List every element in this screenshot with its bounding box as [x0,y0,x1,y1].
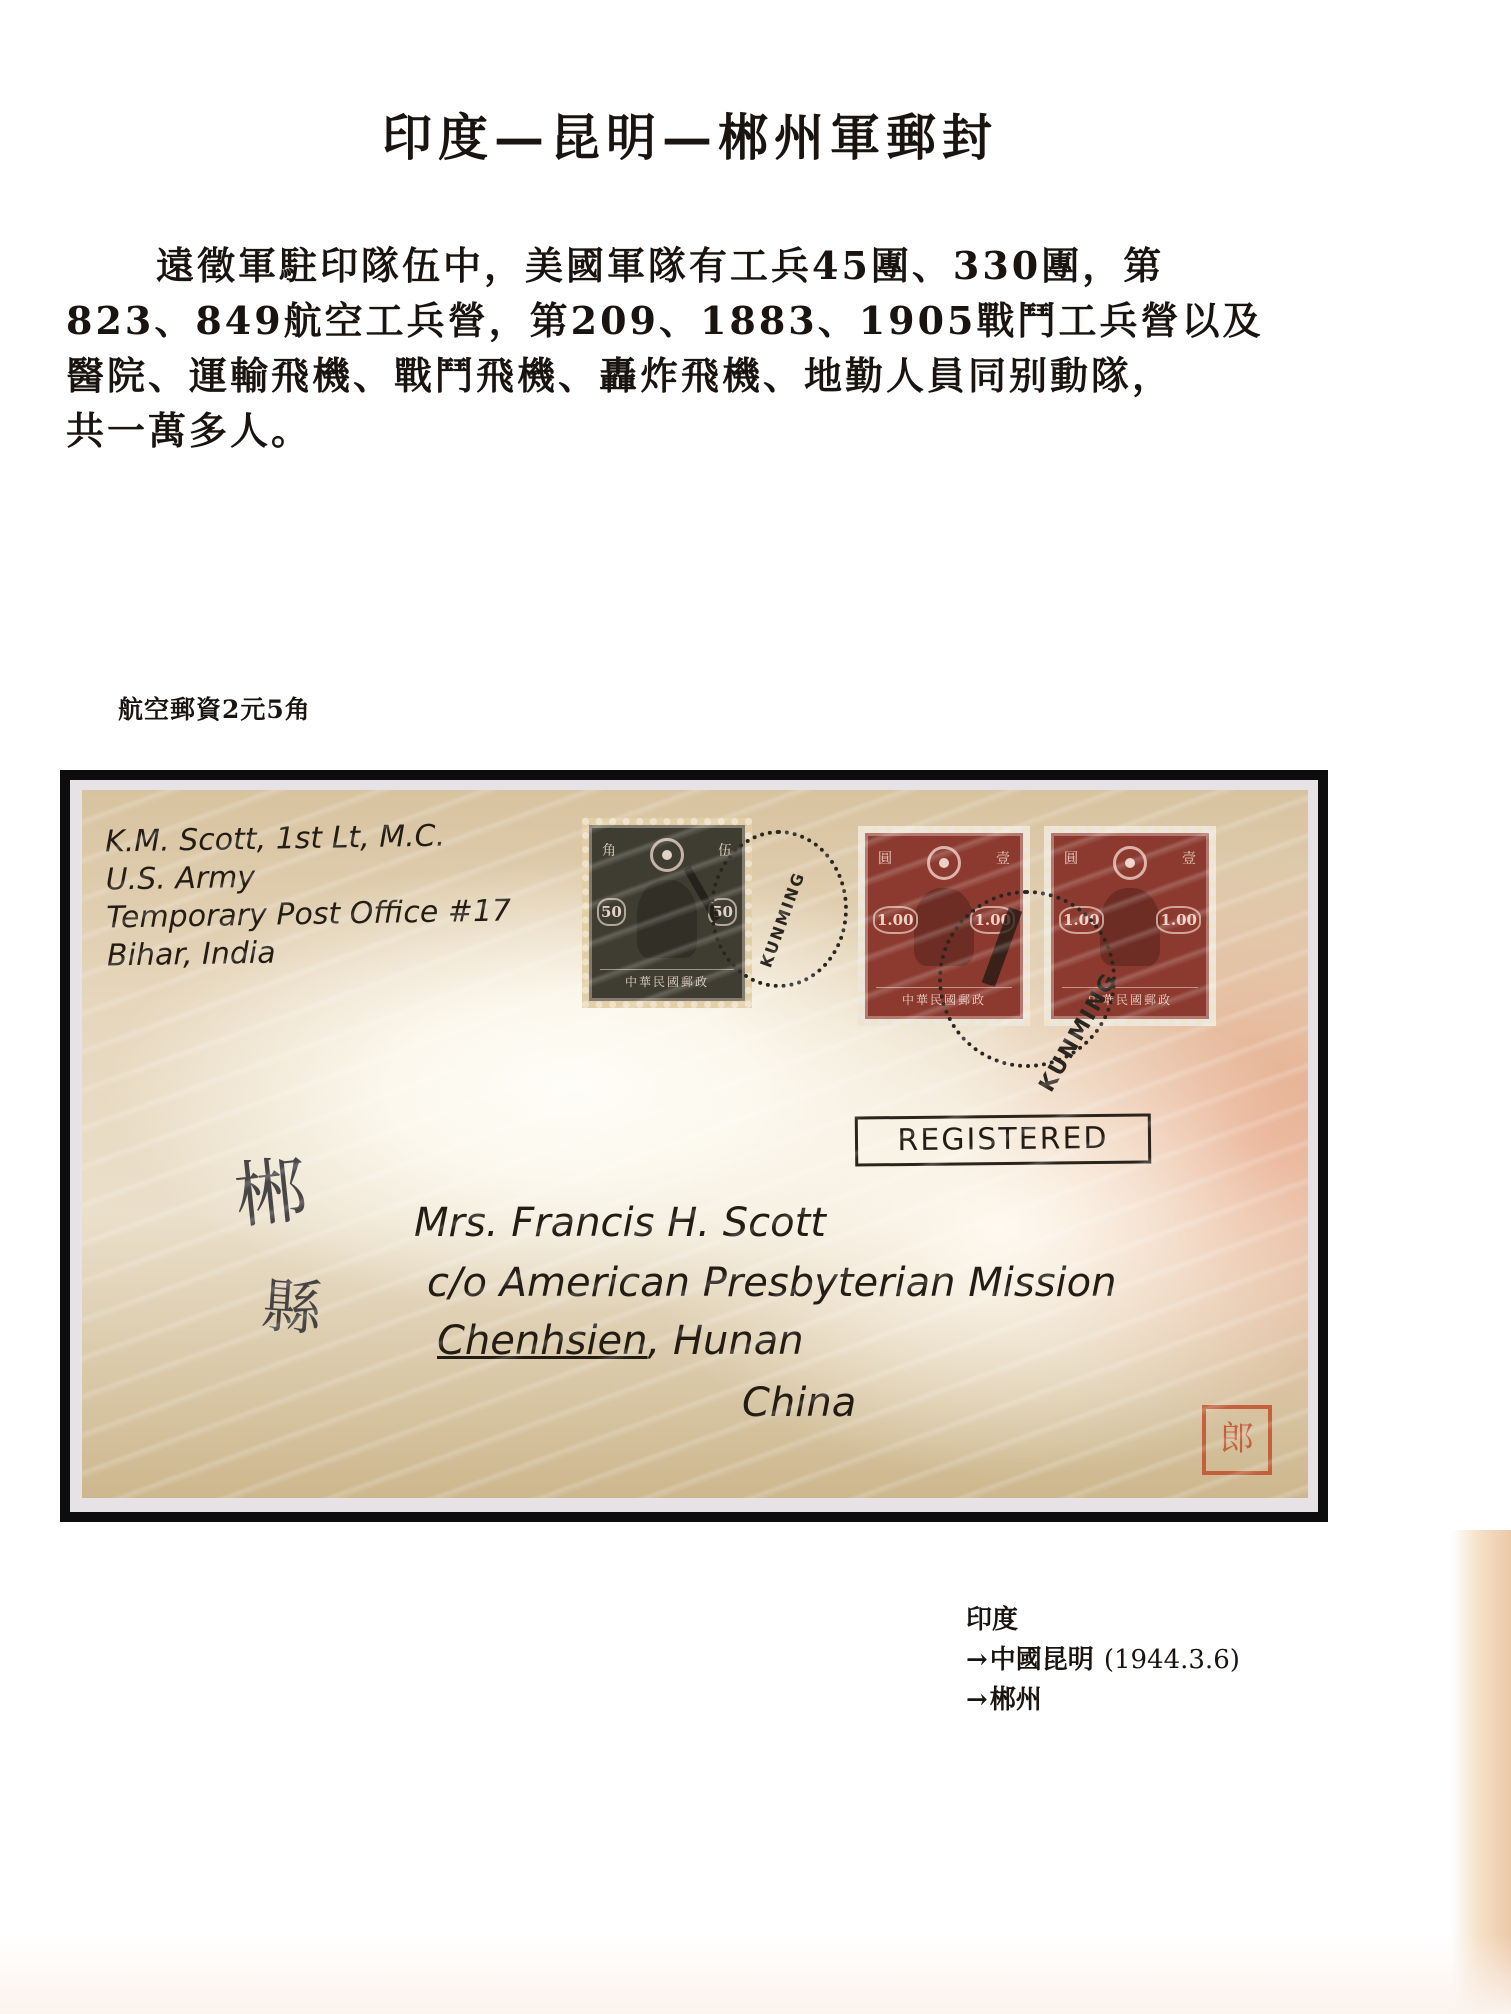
sender-line: Temporary Post Office #17 [106,892,511,937]
arrow-right-icon: → [966,1645,988,1675]
stamp-corner-text: 角 [602,840,616,860]
stamp-corner-text: 圓 [1064,848,1078,868]
route-destination: →郴州 [966,1680,1240,1720]
route-stop-name: 中國昆明 [990,1645,1094,1675]
stamp-inscription: 中華民國郵政 [600,969,734,990]
stamp-value: 1.00 [873,906,918,934]
red-seal-chop-icon: 郎 [1202,1405,1272,1475]
sun-emblem-icon [1113,846,1147,880]
envelope-cover: K.M. Scott, 1st Lt, M.C. U.S. Army Tempo… [82,790,1308,1498]
protective-sleeve: K.M. Scott, 1st Lt, M.C. U.S. Army Tempo… [70,780,1318,1512]
stamp-corner-text: 壹 [996,848,1010,868]
recipient-city: Chenhsien [437,1318,648,1364]
portrait-icon [637,880,697,958]
route-origin: 印度 [966,1600,1240,1640]
route-stop: →中國昆明(1944.3.6) [966,1640,1240,1680]
intro-line: 醫院、運輸飛機、戰鬥飛機、轟炸飛機、地勤人員同别動隊， [66,348,1266,403]
stamp-value: 50 [597,898,626,926]
intro-line: 823、849航空工兵營，第209、1883、1905戰鬥工兵營以及 [66,293,1266,348]
route-stop-date: (1944.3.6) [1104,1645,1240,1675]
registered-box: REGISTERED [855,1113,1152,1166]
destination-chinese-char: 縣 [259,1258,325,1348]
arrow-right-icon: → [966,1685,988,1715]
postmark-icon [938,890,1116,1068]
recipient-name: Mrs. Francis H. Scott [414,1200,826,1246]
intro-line: 共一萬多人。 [66,403,1266,458]
sun-emblem-icon [927,846,961,880]
destination-chinese-char: 郴 [229,1132,311,1243]
postage-rate-label: 航空郵資2元5角 [118,690,311,726]
recipient-province: , Hunan [648,1318,804,1364]
page-title: 印度—昆明—郴州軍郵封 [0,98,1380,170]
sun-emblem-icon [650,838,684,872]
intro-line: 遠徵軍駐印隊伍中，美國軍隊有工兵45團、330團，第 [66,238,1266,293]
recipient-care-of: c/o American Presbyterian Mission [427,1260,1116,1306]
page-bottom-shadow [0,1934,1511,2014]
route-legend: 印度 →中國昆明(1944.3.6) →郴州 [966,1600,1240,1720]
intro-paragraph: 遠徵軍駐印隊伍中，美國軍隊有工兵45團、330團，第 823、849航空工兵營，… [66,238,1266,458]
recipient-country: China [742,1380,856,1426]
sender-line: Bihar, India [107,930,512,975]
cover-mount-frame: K.M. Scott, 1st Lt, M.C. U.S. Army Tempo… [60,770,1328,1522]
sender-address: K.M. Scott, 1st Lt, M.C. U.S. Army Tempo… [105,816,512,975]
stamp-value: 1.00 [1156,906,1201,934]
recipient-city-line: Chenhsien, Hunan [437,1318,804,1364]
route-destination-name: 郴州 [990,1685,1042,1715]
stamp-corner-text: 圓 [878,848,892,868]
stamp-corner-text: 壹 [1182,848,1196,868]
